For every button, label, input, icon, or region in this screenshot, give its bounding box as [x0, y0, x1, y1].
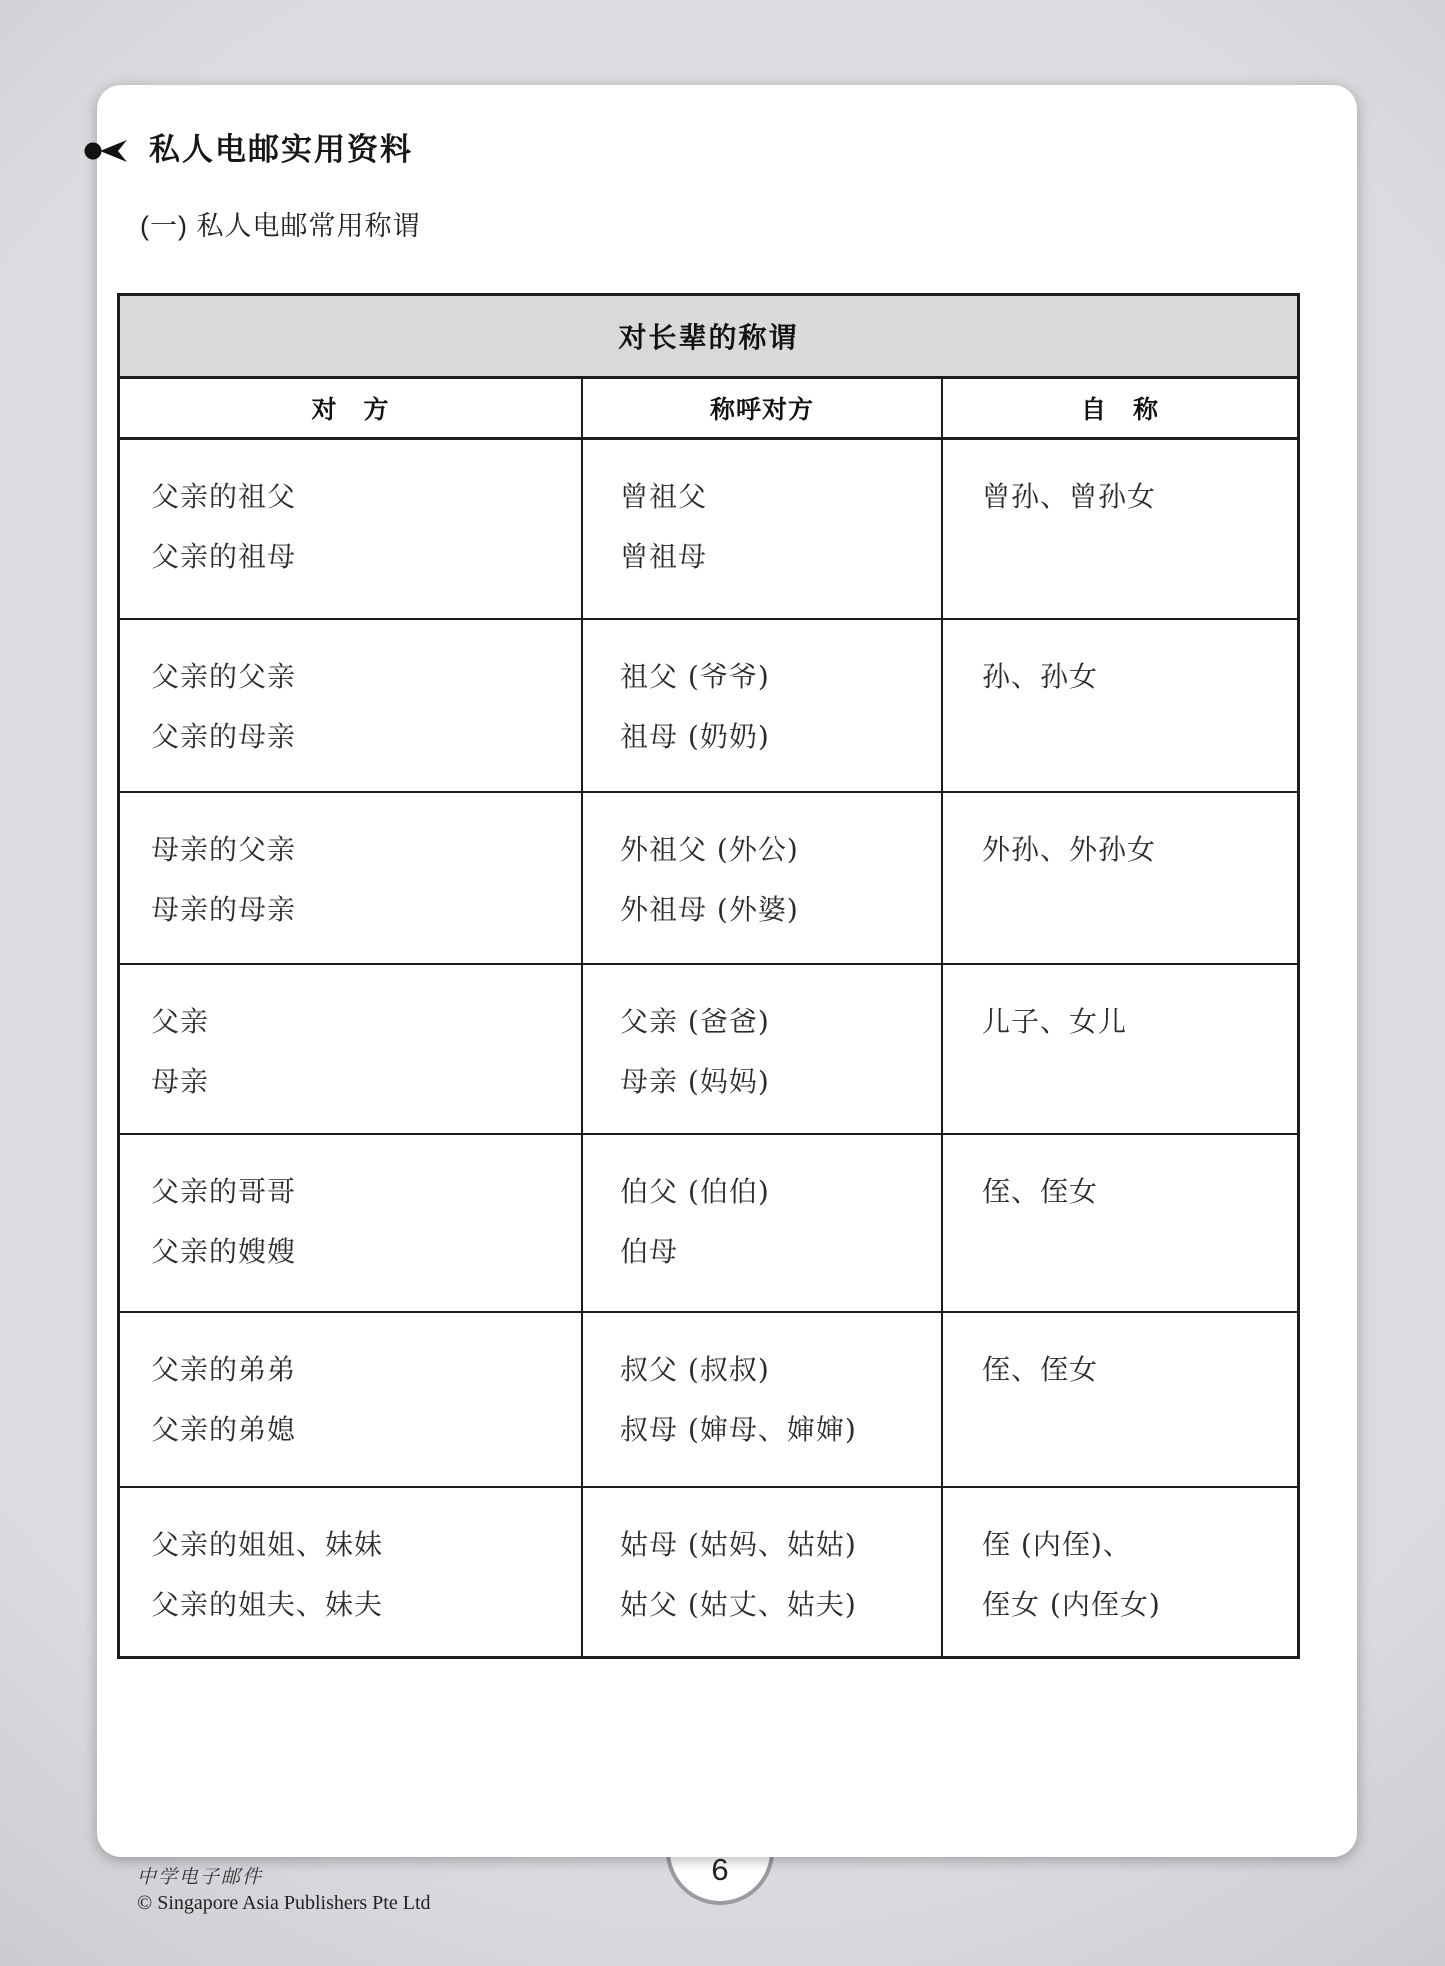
cell-self: 侄、侄女 [943, 1313, 1297, 1486]
cell-other: 父亲的哥哥 父亲的嫂嫂 [120, 1135, 583, 1311]
table-row: 父亲的弟弟 父亲的弟媳 叔父 (叔叔) 叔母 (婶母、婶婶) 侄、侄女 [120, 1311, 1297, 1486]
cell-other: 父亲的祖父 父亲的祖母 [120, 440, 583, 618]
table-header-row: 对 方 称呼对方 自 称 [120, 376, 1297, 440]
table-row: 父亲的姐姐、妹妹 父亲的姐夫、妹夫 姑母 (姑妈、姑姑) 姑父 (姑丈、姑夫) … [120, 1486, 1297, 1656]
cell-text [982, 538, 1297, 576]
cell-text: 孙、孙女 [982, 658, 1297, 696]
cell-text: 姑母 (姑妈、姑姑) [620, 1526, 941, 1564]
cell-text: 父亲的父亲 [151, 658, 581, 696]
cell-text: 父亲的嫂嫂 [151, 1233, 581, 1271]
cell-text: 母亲的母亲 [151, 891, 581, 929]
cell-text: 外孙、外孙女 [982, 831, 1297, 869]
cell-other: 父亲 母亲 [120, 965, 583, 1133]
section-subtitle: (一) 私人电邮常用称谓 [140, 209, 420, 243]
cell-text: 伯母 [620, 1233, 941, 1271]
cell-text: 父亲的祖母 [151, 538, 581, 576]
cell-text: 曾祖父 [620, 478, 941, 516]
cell-text: 伯父 (伯伯) [620, 1173, 941, 1211]
column-header-address: 称呼对方 [583, 379, 943, 437]
cell-text: 外祖父 (外公) [620, 831, 941, 869]
cell-text: 侄、侄女 [982, 1351, 1297, 1389]
column-header-self: 自 称 [943, 379, 1297, 437]
cell-text: 父亲的姐姐、妹妹 [151, 1526, 581, 1564]
cell-self: 儿子、女儿 [943, 965, 1297, 1133]
table-row: 父亲的祖父 父亲的祖母 曾祖父 曾祖母 曾孙、曾孙女 [120, 440, 1297, 618]
cell-address: 祖父 (爷爷) 祖母 (奶奶) [583, 620, 943, 791]
cell-other: 父亲的弟弟 父亲的弟媳 [120, 1313, 583, 1486]
cell-text: 母亲 (妈妈) [620, 1063, 941, 1101]
cell-text: 侄 (内侄)、 [982, 1526, 1297, 1564]
cell-self: 侄 (内侄)、 侄女 (内侄女) [943, 1488, 1297, 1656]
cell-address: 叔父 (叔叔) 叔母 (婶母、婶婶) [583, 1313, 943, 1486]
cell-text: 父亲的母亲 [151, 718, 581, 756]
cell-text: 母亲的父亲 [151, 831, 581, 869]
table-row: 父亲 母亲 父亲 (爸爸) 母亲 (妈妈) 儿子、女儿 [120, 963, 1297, 1133]
cell-address: 父亲 (爸爸) 母亲 (妈妈) [583, 965, 943, 1133]
cell-text: 叔母 (婶母、婶婶) [620, 1411, 941, 1449]
cell-other: 父亲的姐姐、妹妹 父亲的姐夫、妹夫 [120, 1488, 583, 1656]
page-card: 私人电邮实用资料 (一) 私人电邮常用称谓 对长辈的称谓 对 方 称呼对方 自 … [97, 85, 1357, 1857]
table-row: 父亲的哥哥 父亲的嫂嫂 伯父 (伯伯) 伯母 侄、侄女 [120, 1133, 1297, 1311]
cell-text [982, 1233, 1297, 1271]
cell-self: 孙、孙女 [943, 620, 1297, 791]
cell-text: 叔父 (叔叔) [620, 1351, 941, 1389]
cell-text [982, 718, 1297, 756]
dart-bullet-icon [83, 136, 139, 164]
cell-text: 曾祖母 [620, 538, 941, 576]
cell-text: 姑父 (姑丈、姑夫) [620, 1586, 941, 1624]
cell-text: 曾孙、曾孙女 [982, 478, 1297, 516]
footer-copyright: © Singapore Asia Publishers Pte Ltd [137, 1892, 431, 1915]
table-row: 母亲的父亲 母亲的母亲 外祖父 (外公) 外祖母 (外婆) 外孙、外孙女 [120, 791, 1297, 963]
table-title: 对长辈的称谓 [120, 296, 1297, 376]
footer-book-title: 中学电子邮件 [137, 1862, 263, 1889]
cell-text: 父亲的哥哥 [151, 1173, 581, 1211]
cell-text [982, 1411, 1297, 1449]
page-number: 6 [666, 1852, 774, 1888]
cell-self: 侄、侄女 [943, 1135, 1297, 1311]
cell-other: 父亲的父亲 父亲的母亲 [120, 620, 583, 791]
column-header-other: 对 方 [120, 379, 583, 437]
kinship-table: 对长辈的称谓 对 方 称呼对方 自 称 父亲的祖父 父亲的祖母 曾祖父 曾祖母 … [117, 293, 1300, 1659]
cell-self: 曾孙、曾孙女 [943, 440, 1297, 618]
doc-title-row: 私人电邮实用资料 [83, 133, 413, 167]
cell-text: 外祖母 (外婆) [620, 891, 941, 929]
cell-text: 父亲的弟弟 [151, 1351, 581, 1389]
scanned-page: 6 私人电邮实用资料 (一) 私人电邮常用称谓 对长辈的称谓 对 方 称呼对方 … [0, 0, 1445, 1966]
cell-text: 祖父 (爷爷) [620, 658, 941, 696]
cell-text: 父亲的祖父 [151, 478, 581, 516]
cell-other: 母亲的父亲 母亲的母亲 [120, 793, 583, 963]
page-title: 私人电邮实用资料 [149, 133, 413, 167]
cell-self: 外孙、外孙女 [943, 793, 1297, 963]
cell-text: 儿子、女儿 [982, 1003, 1297, 1041]
cell-text: 父亲的弟媳 [151, 1411, 581, 1449]
cell-text [982, 1063, 1297, 1101]
cell-address: 姑母 (姑妈、姑姑) 姑父 (姑丈、姑夫) [583, 1488, 943, 1656]
cell-text: 祖母 (奶奶) [620, 718, 941, 756]
cell-text: 父亲的姐夫、妹夫 [151, 1586, 581, 1624]
cell-address: 曾祖父 曾祖母 [583, 440, 943, 618]
cell-address: 伯父 (伯伯) 伯母 [583, 1135, 943, 1311]
cell-text: 母亲 [151, 1063, 581, 1101]
cell-address: 外祖父 (外公) 外祖母 (外婆) [583, 793, 943, 963]
cell-text: 父亲 (爸爸) [620, 1003, 941, 1041]
cell-text: 侄、侄女 [982, 1173, 1297, 1211]
cell-text: 侄女 (内侄女) [982, 1586, 1297, 1624]
cell-text: 父亲 [151, 1003, 581, 1041]
cell-text [982, 891, 1297, 929]
table-row: 父亲的父亲 父亲的母亲 祖父 (爷爷) 祖母 (奶奶) 孙、孙女 [120, 618, 1297, 791]
